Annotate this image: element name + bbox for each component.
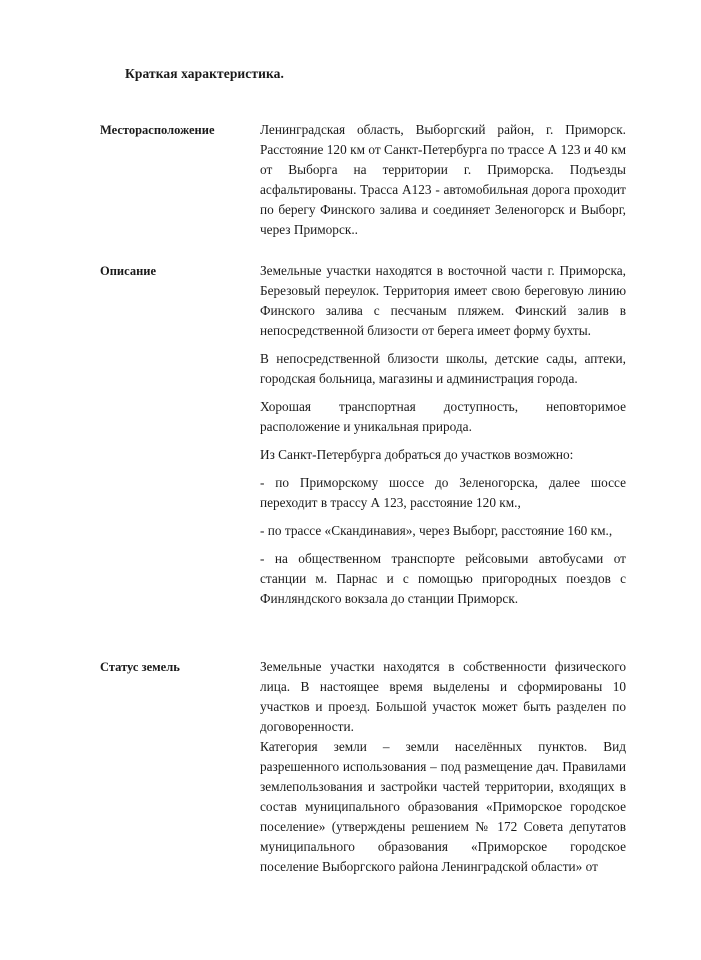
paragraph: Земельные участки находятся в собственно… [260,657,626,737]
paragraph: В непосредственной близости школы, детск… [260,349,626,389]
paragraph: Категория земли – земли населённых пункт… [260,737,626,877]
section-label: Описание [100,261,156,281]
section-label: Статус земель [100,657,180,677]
list-item: - по Приморскому шоссе до Зеленогорска, … [260,473,626,513]
section-label: Месторасположение [100,120,215,140]
section-body: Земельные участки находятся в восточной … [260,261,626,617]
page-title: Краткая характеристика. [125,66,284,82]
paragraph: Земельные участки находятся в восточной … [260,261,626,341]
list-item: - на общественном транспорте рейсовыми а… [260,549,626,609]
section-body: Земельные участки находятся в собственно… [260,657,626,877]
paragraph: Хорошая транспортная доступность, неповт… [260,397,626,437]
list-item: - по трассе «Скандинавия», через Выборг,… [260,521,626,541]
paragraph: Из Санкт-Петербурга добраться до участко… [260,445,626,465]
section-body: Ленинградская область, Выборгский район,… [260,120,626,248]
paragraph: Ленинградская область, Выборгский район,… [260,120,626,240]
